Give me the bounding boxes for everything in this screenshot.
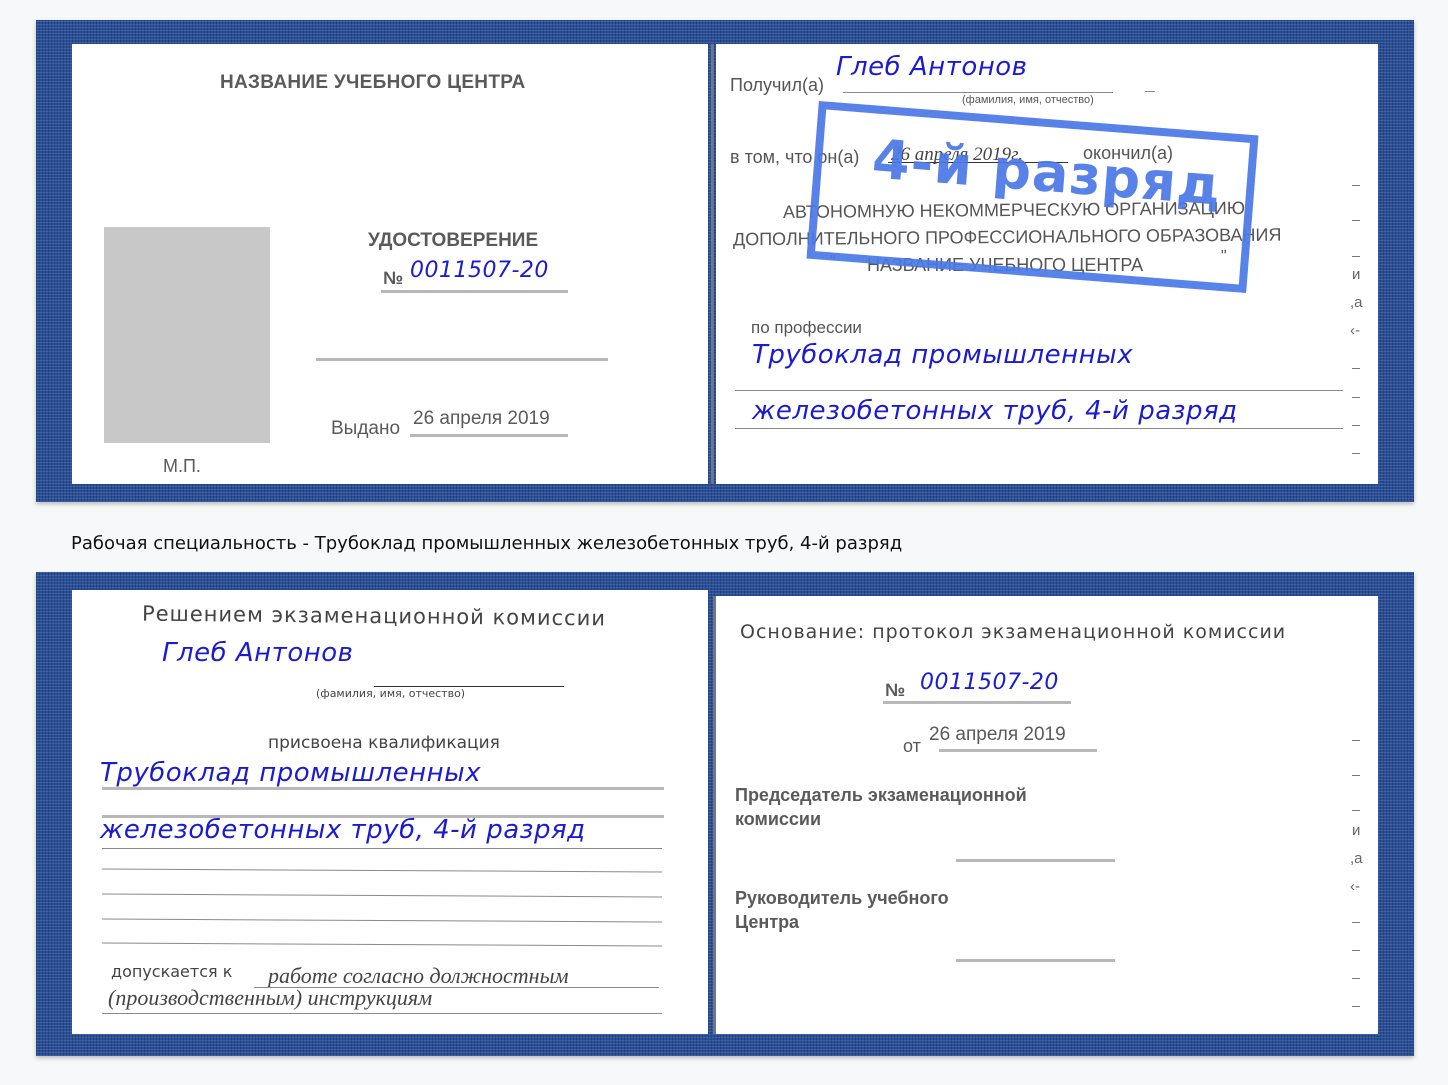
qual-line <box>102 848 662 849</box>
profession-line-1: Трубоклад промышленных <box>752 340 1133 370</box>
protocol-number: 0011507-20 <box>920 670 1059 695</box>
edge-letter: ,а <box>1350 294 1363 311</box>
signature-line <box>316 358 608 361</box>
doc-title: УДОСТОВЕРЕНИЕ <box>368 230 538 252</box>
protocol-number-underline <box>883 701 1071 704</box>
number-label: № <box>383 268 403 289</box>
chairman-signature-line <box>956 859 1115 862</box>
qualification-line-2: железобетонных труб, 4-й разряд <box>100 815 586 845</box>
admitted-label: допускается к <box>111 962 232 981</box>
edge-tick <box>1352 922 1360 923</box>
basis-title: Основание: протокол экзаменационной коми… <box>740 621 1286 643</box>
certificate-number: 0011507-20 <box>410 258 549 283</box>
decision-title: Решением экзаменационной комиссии <box>142 602 606 631</box>
fio-hint-bottom: (фамилия, имя, отчество) <box>316 687 465 700</box>
issued-underline <box>410 434 568 437</box>
profession-line-2: железобетонных труб, 4-й разряд <box>752 396 1238 426</box>
org-name: НАЗВАНИЕ УЧЕБНОГО ЦЕНТРА <box>220 72 526 94</box>
edge-tick <box>1352 950 1360 951</box>
admitted-line-2: (производственным) инструкциям <box>108 985 432 1011</box>
chairman-label-2: комиссии <box>735 809 821 830</box>
edge-tick <box>1352 453 1360 454</box>
number-underline <box>381 290 568 293</box>
edge-letter: ‹- <box>1350 322 1360 339</box>
edge-tick <box>1352 1006 1360 1007</box>
edge-tick <box>1352 775 1360 776</box>
photo-placeholder <box>104 227 270 443</box>
spine-bottom <box>713 596 716 1034</box>
edge-tick <box>1352 978 1360 979</box>
edge-tick <box>1352 810 1360 811</box>
issued-label: Выдано <box>331 418 400 440</box>
person-name: Глеб Антонов <box>162 638 353 668</box>
protocol-number-label: № <box>885 680 905 701</box>
stamp-place: М.П. <box>163 456 201 477</box>
qualification-label: присвоена квалификация <box>268 733 500 753</box>
protocol-date-underline <box>939 749 1097 752</box>
head-label-1: Руководитель учебного <box>735 888 949 909</box>
edge-tick <box>1352 425 1360 426</box>
profession-label: по профессии <box>751 318 862 338</box>
protocol-date: 26 апреля 2019 <box>929 724 1066 746</box>
admitted-underline-2 <box>102 1013 662 1014</box>
edge-letter: ,а <box>1350 850 1363 867</box>
received-label: Получил(а) <box>730 75 824 96</box>
issued-date: 26 апреля 2019 <box>413 408 550 430</box>
specialty-caption: Рабочая специальность - Трубоклад промыш… <box>71 533 902 554</box>
head-label-2: Центра <box>735 912 799 933</box>
qual-line <box>102 787 664 790</box>
chairman-label-1: Председатель экзаменационной <box>735 785 1027 806</box>
edge-tick <box>1352 368 1360 369</box>
edge-letter: ‹- <box>1350 878 1360 895</box>
dash-mark <box>1145 91 1155 92</box>
edge-letter: и <box>1352 266 1360 283</box>
edge-letter: и <box>1352 822 1360 839</box>
edge-tick <box>1352 740 1360 741</box>
head-signature-line <box>956 959 1115 962</box>
edge-tick <box>1352 185 1360 186</box>
recipient-underline <box>843 92 1113 93</box>
protocol-date-label: от <box>903 736 921 757</box>
qualification-line-1: Трубоклад промышленных <box>100 758 481 788</box>
edge-tick <box>1352 220 1360 221</box>
stamp-text: 4-й разряд <box>870 127 1224 217</box>
recipient-name: Глеб Антонов <box>836 52 1027 82</box>
fio-hint: (фамилия, имя, отчество) <box>962 94 1094 106</box>
edge-tick <box>1352 397 1360 398</box>
spine-top <box>711 44 714 484</box>
profession-underline-1 <box>735 390 1343 391</box>
profession-underline-2 <box>735 428 1343 429</box>
edge-tick <box>1352 256 1360 257</box>
